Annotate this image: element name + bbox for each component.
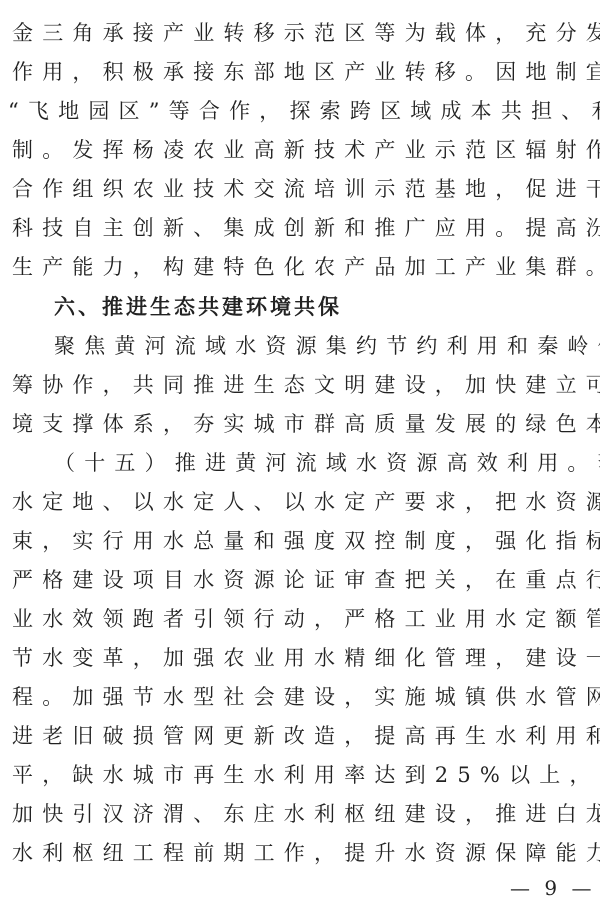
- text-line: 科技自主创新、集成创新和推广应用。提高汾渭平原粮食主产区: [12, 213, 592, 243]
- text-line: 水利枢纽工程前期工作，提升水资源保障能力。提升各城市防洪: [12, 838, 592, 868]
- text-line: 严格建设项目水资源论证审查把关，在重点行业开展重点用水企: [12, 565, 592, 595]
- page-number: — 9 —: [510, 874, 595, 902]
- text-line: 程。加强节水型社会建设，实施城镇供水管网分区计量管理，推: [12, 682, 592, 712]
- text-line: 作用，积极承接东部地区产业转移。因地制宜开展“一区多园”: [12, 57, 592, 87]
- text-line: 生产能力，构建特色化农产品加工产业集群。: [12, 252, 592, 282]
- subsection-heading-line: （十五）推进黄河流域水资源高效利用。落实以水定城、以: [54, 448, 600, 478]
- text-line: 制。发挥杨凌农业高新技术产业示范区辐射作用，建设杨凌上海: [12, 135, 592, 165]
- text-line: 节水变革，加强农业用水精细化管理，建设一批节水灌溉骨干工: [12, 643, 592, 673]
- text-line: “飞地园区”等合作，探索跨区域成本共担、利益共享的管理机: [8, 96, 588, 126]
- document-page: 金三角承接产业转移示范区等为载体，充分发挥东西部协作机制 作用，积极承接东部地区…: [0, 0, 600, 911]
- text-line: 境支撑体系，夯实城市群高质量发展的绿色本底。: [12, 409, 592, 439]
- text-line: 进老旧破损管网更新改造，提高再生水利用和雨水资源化利用水: [12, 721, 592, 751]
- text-line: 平，缺水城市再生水利用率达到25%以上，严禁违规挖湖造景。: [12, 760, 592, 790]
- text-line: 聚焦黄河流域水资源集约节约利用和秦岭保护，强化省际统: [54, 331, 600, 361]
- text-line: 水定地、以水定人、以水定产要求，把水资源作为最大的刚性约: [12, 487, 592, 517]
- text-line: 筹协作，共同推进生态文明建设，加快建立可持续发展的资源环: [12, 370, 592, 400]
- section-heading: 六、推进生态共建环境共保: [54, 292, 600, 322]
- text-line: 束，实行用水总量和强度双控制度，强化指标管理并分解落实。: [12, 526, 592, 556]
- text-line: 金三角承接产业转移示范区等为载体，充分发挥东西部协作机制: [12, 18, 592, 48]
- text-line: 业水效领跑者引领行动，严格工业用水定额管理。大力推动农业: [12, 604, 592, 634]
- text-line: 合作组织农业技术交流培训示范基地，促进干旱半干旱地区农业: [12, 174, 592, 204]
- text-line: 加快引汉济渭、东庄水利枢纽建设，推进白龙江引水、黄河古贤: [12, 799, 592, 829]
